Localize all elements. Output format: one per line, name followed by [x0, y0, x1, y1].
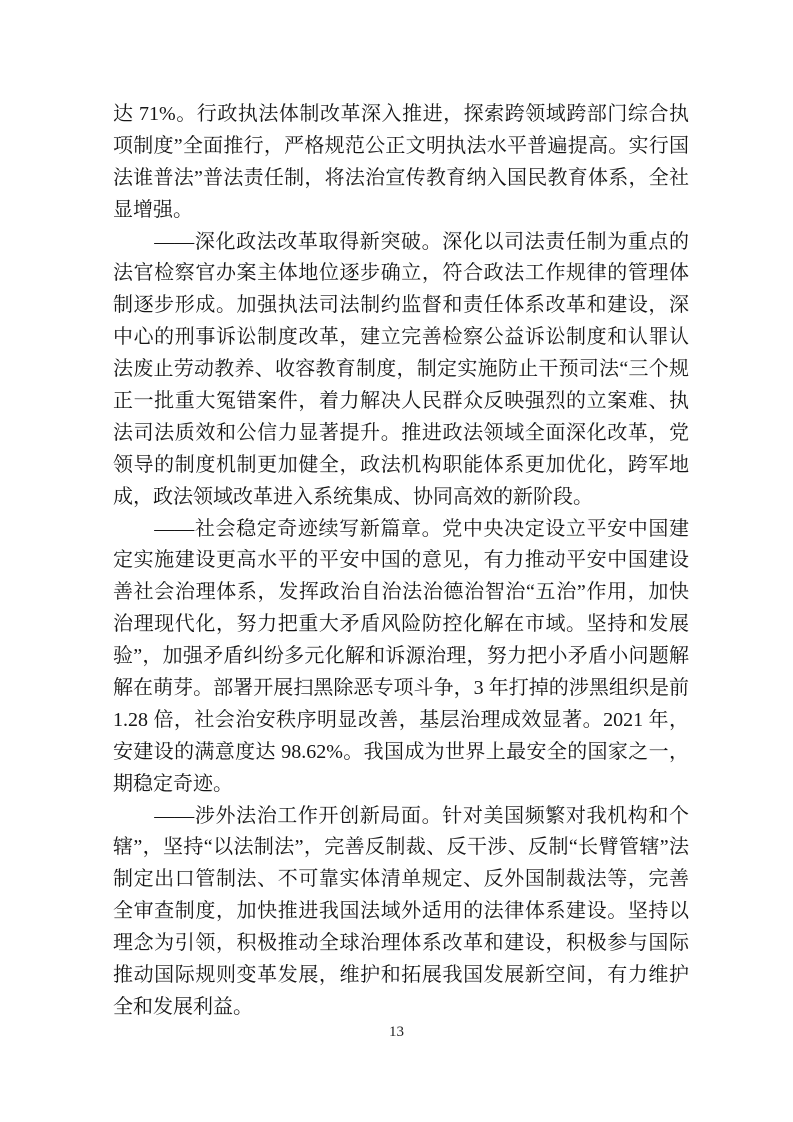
text-line-p4-l1: ——涉外法治工作开创新局面。针对美国频繁对我机构和个人实施“长臂管: [113, 801, 689, 833]
text-line-p4-l4: 全审查制度，加快推进我国法域外适用的法律体系建设。坚持以人类命运共同体: [113, 896, 689, 928]
text-line-p1-l2: 项制度”全面推行，严格规范公正文明执法水平普遍提高。实行国家机关“谁执: [113, 131, 689, 163]
text-line-p3-l2: 定实施建设更高水平的平安中国的意见，有力推动平安中国建设向纵深发展。完: [113, 545, 689, 577]
text-line-p2-l4: 中心的刑事诉讼制度改革，建立完善检察公益诉讼制度和认罪认罚从宽制度，依: [113, 322, 689, 354]
text-line-p3-l8: 安建设的满意度达 98.62%。我国成为世界上最安全的国家之一，续写了社会长: [113, 737, 689, 769]
text-line-p2-l8: 领导的制度机制更加健全，政法机构职能体系更加优化，跨军地改革高效有序完: [113, 450, 689, 482]
text-line-p1-l1: 达 71%。行政执法体制改革深入推进，探索跨领域跨部门综合执法，行政执法“三: [113, 99, 689, 131]
text-line-p3-l9: 期稳定奇迹。: [113, 769, 689, 801]
text-line-p2-l7: 法司法质效和公信力显著提升。推进政法领域全面深化改革，党对政法工作绝对: [113, 418, 689, 450]
text-line-p4-l7: 全和发展利益。: [113, 992, 689, 1024]
text-line-p2-l2: 法官检察官办案主体地位逐步确立，符合政法工作规律的管理体制和权力运行机: [113, 258, 689, 290]
text-line-p1-l3: 法谁普法”普法责任制，将法治宣传教育纳入国民教育体系，全社会法治观念明: [113, 163, 689, 195]
text-line-p2-l5: 法废止劳动教养、收容教育制度，制定实施防止干预司法“三个规定”，依法纠: [113, 354, 689, 386]
text-line-p1-l4: 显增强。: [113, 195, 689, 227]
text-line-p2-l3: 制逐步形成。加强执法司法制约监督和责任体系改革和建设，深入推进以审判为: [113, 290, 689, 322]
text-line-p4-l6: 推动国际规则变革发展，维护和拓展我国发展新空间，有力维护了国家主权、安: [113, 960, 689, 992]
text-line-p4-l2: 辖”，坚持“以法制法”，完善反制裁、反干涉、反制“长臂管辖”法律法规体系，: [113, 832, 689, 864]
text-line-p2-l9: 成，政法领域改革进入系统集成、协同高效的新阶段。: [113, 482, 689, 514]
text-line-p2-l6: 正一批重大冤错案件，着力解决人民群众反映强烈的立案难、执行难等问题，执: [113, 386, 689, 418]
text-line-p3-l3: 善社会治理体系，发挥政治自治法治德治智治“五治”作用，加快推进市域社会: [113, 577, 689, 609]
text-line-p3-l1: ——社会稳定奇迹续写新篇章。党中央决定设立平安中国建设协调小组，制: [113, 514, 689, 546]
page-number: 13: [0, 1021, 793, 1043]
text-line-p2-l1: ——深化政法改革取得新突破。深化以司法责任制为重点的司法体制改革，: [113, 227, 689, 259]
text-line-p4-l3: 制定出口管制法、不可靠实体清单规定、反外国制裁法等，完善外商投资国家安: [113, 864, 689, 896]
document-page: 达 71%。行政执法体制改革深入推进，探索跨领域跨部门综合执法，行政执法“三项制…: [0, 0, 793, 1122]
text-line-p3-l4: 治理现代化，努力把重大矛盾风险防控化解在市域。坚持和发展新时代“枫桥经: [113, 609, 689, 641]
body-text: 达 71%。行政执法体制改革深入推进，探索跨领域跨部门综合执法，行政执法“三项制…: [113, 99, 689, 1024]
text-line-p4-l5: 理念为引领，积极推动全球治理体系改革和建设，积极参与国际规则制定和实施，: [113, 928, 689, 960]
text-line-p3-l5: 验”，加强矛盾纠纷多元化解和诉源治理，努力把小矛盾小问题解决在基层、化: [113, 641, 689, 673]
text-line-p3-l7: 1.28 倍，社会治安秩序明显改善，基层治理成效显著。2021 年，人民群众对平: [113, 705, 689, 737]
text-line-p3-l6: 解在萌芽。部署开展扫黑除恶专项斗争，3 年打掉的涉黑组织是前 10 年总和的: [113, 673, 689, 705]
